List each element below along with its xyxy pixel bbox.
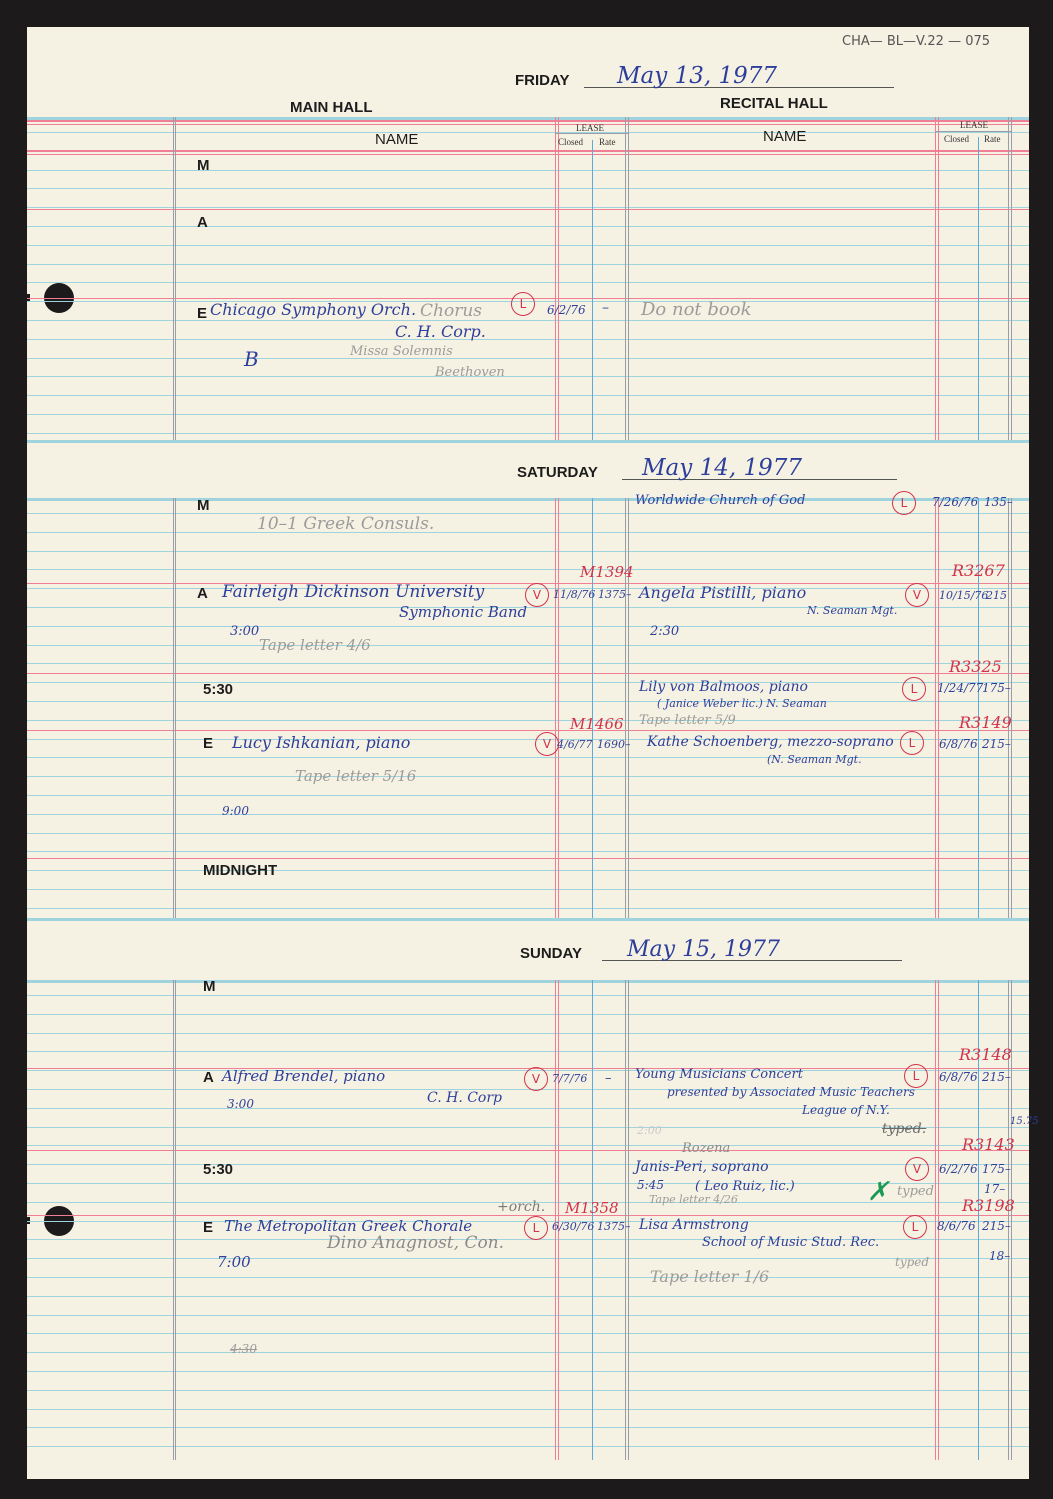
lease-closed: 1/24/77: [937, 681, 983, 695]
lease-mark: L: [902, 677, 926, 701]
rule-line: [27, 1409, 1029, 1410]
column-line: [935, 980, 936, 1460]
booking-time: 2:30: [650, 624, 679, 639]
typed-note: typed: [895, 1255, 929, 1269]
rule-line: [27, 583, 1029, 584]
booking-name: Janis-Peri, soprano: [635, 1159, 769, 1175]
contract-number: R3143: [962, 1135, 1015, 1154]
booking-name: Alfred Brendel, piano: [222, 1067, 385, 1085]
lease-rate: 215–: [982, 1070, 1011, 1084]
rule-line: [27, 1150, 1029, 1151]
rule-line: [27, 1145, 1029, 1146]
slot-label: E: [197, 305, 207, 322]
rule-line: [27, 814, 1029, 815]
booking-name: Young Musicians Concert: [635, 1067, 803, 1082]
column-line: [1011, 498, 1012, 918]
slot-label: A: [197, 214, 208, 231]
booking-time: 2:00: [637, 1124, 662, 1137]
column-line: [935, 498, 936, 918]
contract-number: R3267: [952, 561, 1005, 580]
lease-mark: V: [535, 732, 559, 756]
lease-closed: 6/8/76: [939, 737, 978, 751]
booking-time: 7:00: [217, 1253, 251, 1271]
lease-mark: L: [511, 292, 535, 316]
booking-note: Do not book: [641, 299, 751, 320]
rule-line: [27, 980, 1029, 983]
lease-rate: 1690–: [597, 738, 631, 751]
rule-line: [27, 498, 1029, 501]
rule-line: [27, 440, 1029, 443]
rule-line: [27, 851, 1029, 852]
column-line: [592, 498, 593, 918]
slot-label: MIDNIGHT: [203, 862, 277, 879]
rule-line: [27, 188, 1029, 189]
rule-line: [27, 776, 1029, 777]
booking-time: 9:00: [222, 804, 249, 818]
rule-line: [27, 1033, 1029, 1034]
rule-line: [27, 150, 1029, 152]
booking-name: Worldwide Church of God: [635, 493, 805, 508]
lease-closed: 10/15/76: [939, 589, 988, 602]
slot-label: 5:30: [203, 681, 233, 698]
booking-name: Lisa Armstrong: [639, 1217, 749, 1233]
rule-line: [27, 1427, 1029, 1428]
rule-line: [27, 1446, 1029, 1447]
slot-label: A: [203, 1069, 214, 1086]
date-saturday: May 14, 1977: [642, 455, 802, 481]
slot-label: M: [197, 157, 210, 174]
rule-line: [27, 626, 1029, 627]
recital-closed-header: Closed: [944, 134, 969, 144]
extra-fee: 18–: [989, 1249, 1010, 1263]
rule-line: [27, 1051, 1029, 1052]
rule-line: [27, 433, 1029, 434]
contract-number: R3198: [962, 1196, 1015, 1215]
booking-name: Angela Pistilli, piano: [639, 583, 806, 602]
contract-number: M1394: [580, 563, 634, 581]
booking-name: Chicago Symphony Orch.: [210, 300, 416, 319]
booking-note: C. H. Corp.: [395, 322, 486, 341]
rule-line: [27, 682, 1029, 683]
main-hall-label: MAIN HALL: [290, 99, 373, 116]
rule-line: [27, 673, 1029, 674]
lease-mark: V: [905, 583, 929, 607]
column-line: [175, 498, 176, 918]
main-rate-header: Rate: [599, 137, 616, 147]
booking-note: B: [244, 347, 259, 371]
rule-line: [27, 207, 1029, 208]
booking-note: Dino Anagnost, Con.: [327, 1233, 504, 1253]
rule-line: [27, 1352, 1029, 1353]
rule-line: [27, 264, 1029, 265]
booking-time: 3:00: [230, 624, 259, 639]
rule-line: [27, 645, 1029, 646]
rule-line: [27, 170, 1029, 171]
lease-rate: 215–: [982, 737, 1011, 751]
rule-line: [27, 1371, 1029, 1372]
booking-name: League of N.Y.: [802, 1103, 890, 1117]
rule-line: [27, 376, 1029, 377]
booking-note: C. H. Corp: [427, 1090, 502, 1106]
lease-mark: L: [900, 731, 924, 755]
recital-lease-header: LEASE: [960, 120, 988, 130]
booking-note: 10–1 Greek Consuls.: [257, 514, 434, 534]
lease-mark: L: [524, 1216, 548, 1240]
lease-mark: L: [903, 1215, 927, 1239]
rule-line: [27, 154, 1029, 155]
slot-label: M: [203, 978, 216, 995]
booking-note: 4:30: [230, 1342, 257, 1356]
booking-note: Chorus: [420, 301, 482, 321]
booking-note: ( Leo Ruiz, lic.): [695, 1179, 795, 1194]
lease-rate: 1375–: [598, 588, 632, 601]
rule-line: [27, 358, 1029, 359]
binder-slit: [0, 294, 30, 301]
column-line: [175, 980, 176, 1460]
rule-line: [27, 701, 1029, 702]
slot-label: 5:30: [203, 1161, 233, 1178]
lease-closed: 8/6/76: [937, 1219, 976, 1233]
booking-note: +orch.: [497, 1199, 545, 1215]
rule-line: [27, 532, 1029, 533]
rule-line: [27, 339, 1029, 340]
booking-name: Lily von Balmoos, piano: [639, 679, 808, 695]
booking-time: 3:00: [227, 1097, 254, 1111]
contract-number: M1466: [570, 715, 624, 733]
rule-line: [27, 918, 1029, 921]
booking-note: ( Janice Weber lic.) N. Seaman: [657, 697, 827, 710]
day-label-friday: FRIDAY: [515, 72, 569, 89]
typed-note: typed: [897, 1184, 934, 1199]
rule-line: [27, 908, 1029, 909]
booking-note: Tape letter 5/16: [295, 767, 416, 785]
main-lease-header: LEASE: [576, 123, 604, 133]
contract-number: R3149: [959, 713, 1012, 732]
rule-line: [27, 1315, 1029, 1316]
recital-name-header: NAME: [763, 128, 806, 145]
rule-line: [27, 1258, 1029, 1259]
rule-line: [27, 870, 1029, 871]
booking-name: School of Music Stud. Rec.: [702, 1235, 879, 1250]
slot-label: E: [203, 735, 213, 752]
lease-closed: 6/2/76: [939, 1162, 978, 1176]
rule-line: [27, 1296, 1029, 1297]
rule-line: [27, 730, 1029, 731]
column-line: [555, 498, 556, 918]
lease-rate: –: [605, 1071, 612, 1086]
booking-name: Symphonic Band: [399, 603, 527, 621]
rule-line: [27, 889, 1029, 890]
booking-name: Kathe Schoenberg, mezzo-soprano: [647, 734, 894, 750]
slot-label: E: [203, 1219, 213, 1236]
rule-line: [27, 395, 1029, 396]
extra-fee: 17–: [984, 1182, 1005, 1196]
column-line: [625, 117, 626, 440]
booking-note: Tape letter 4/26: [649, 1193, 738, 1206]
lease-rate: –: [602, 300, 609, 316]
booking-note: Tape letter 4/6: [259, 636, 371, 654]
column-line: [625, 498, 626, 918]
lease-rate: 1375–: [597, 1220, 631, 1233]
rule-line: [27, 995, 1029, 996]
lease-mark: L: [892, 491, 916, 515]
lease-mark: V: [905, 1157, 929, 1181]
ledger-sheet: CHA— BL—V.22 — 075 FRIDAY May 13, 1977 M…: [27, 27, 1029, 1479]
lease-mark: V: [525, 583, 549, 607]
column-line: [592, 140, 593, 440]
column-line: [628, 117, 629, 440]
lease-mark: V: [524, 1067, 548, 1091]
rule-line: [27, 320, 1029, 321]
contract-number: M1358: [565, 1199, 619, 1217]
rule-line: [27, 795, 1029, 796]
rule-line: [27, 1014, 1029, 1015]
slot-label: M: [197, 497, 210, 514]
check-mark: ✗: [867, 1177, 889, 1207]
contract-number: R3325: [949, 657, 1002, 676]
booking-time: 5:45: [637, 1178, 664, 1192]
rule-line: [935, 131, 1011, 132]
column-line: [938, 117, 939, 440]
column-line: [175, 117, 176, 440]
column-line: [628, 498, 629, 918]
column-line: [1008, 498, 1009, 918]
rule-line: [27, 1127, 1029, 1128]
booking-name: presented by Associated Music Teachers: [667, 1085, 915, 1099]
booking-note: Beethoven: [435, 365, 505, 380]
main-closed-header: Closed: [558, 137, 583, 147]
date-sunday: May 15, 1977: [627, 937, 780, 962]
booking-note: Rozena: [682, 1141, 730, 1156]
column-line: [935, 117, 936, 440]
booking-name: Lucy Ishkanian, piano: [232, 733, 410, 752]
lease-closed: 6/8/76: [939, 1070, 978, 1084]
column-line: [555, 117, 556, 440]
lease-closed: 4/6/77: [557, 738, 592, 751]
rule-line: [27, 1164, 1029, 1165]
booking-note: Tape letter 1/6: [650, 1267, 769, 1286]
column-line: [173, 980, 174, 1460]
rule-line: [27, 569, 1029, 570]
binder-slit: [0, 1217, 30, 1224]
lease-rate: 135–: [984, 495, 1013, 509]
rule-line: [27, 209, 1029, 210]
booking-note: N. Seaman Mgt.: [807, 604, 897, 617]
booking-note: (N. Seaman Mgt.: [767, 753, 862, 766]
rule-line: [27, 120, 1029, 122]
rule-line: [27, 124, 1029, 125]
rule-line: [27, 513, 1029, 514]
recital-hall-label: RECITAL HALL: [720, 95, 828, 112]
rule-line: [27, 1390, 1029, 1391]
booking-note: Tape letter 5/9: [639, 713, 736, 728]
column-line: [1008, 117, 1009, 440]
column-line: [938, 498, 939, 918]
rule-line: [27, 720, 1029, 721]
rule-line: [27, 414, 1029, 415]
archive-id: CHA— BL—V.22 — 075: [842, 34, 990, 49]
lease-closed: 6/2/76: [547, 303, 586, 317]
extra-fee: 15.75: [1010, 1116, 1039, 1127]
booking-name: Fairleigh Dickinson University: [222, 582, 484, 602]
lease-closed: 7/26/76: [932, 495, 978, 509]
rule-line: [27, 858, 1029, 859]
rule-line: [27, 663, 1029, 664]
rule-line: [27, 1333, 1029, 1334]
rule-line: [27, 245, 1029, 246]
column-line: [173, 498, 174, 918]
recital-rate-header: Rate: [984, 134, 1001, 144]
rule-line: [27, 833, 1029, 834]
slot-label: A: [197, 585, 208, 602]
rule-line: [555, 133, 628, 134]
date-friday: May 13, 1977: [617, 63, 777, 89]
column-line: [558, 117, 559, 440]
rule-line: [27, 551, 1029, 552]
lease-rate: 215–: [982, 1219, 1011, 1233]
lease-closed: 6/30/76: [552, 1220, 594, 1233]
day-label-sunday: SUNDAY: [520, 945, 582, 962]
contract-number: R3148: [959, 1045, 1012, 1064]
rule-line: [27, 132, 1029, 133]
column-line: [978, 137, 979, 440]
rule-line: [27, 1215, 1029, 1216]
column-line: [173, 117, 174, 440]
rule-line: [27, 226, 1029, 227]
typed-note: typed.: [882, 1121, 926, 1137]
main-name-header: NAME: [375, 131, 418, 148]
column-line: [558, 498, 559, 918]
day-label-saturday: SATURDAY: [517, 464, 598, 481]
booking-note: Missa Solemnis: [350, 344, 453, 359]
lease-mark: L: [904, 1064, 928, 1088]
column-line: [1011, 117, 1012, 440]
rule-line: [27, 282, 1029, 283]
lease-closed: 7/7/76: [552, 1072, 587, 1085]
lease-rate: 175–: [982, 681, 1011, 695]
lease-rate: 175–: [982, 1162, 1011, 1176]
lease-rate: 215: [986, 589, 1007, 602]
lease-closed: 11/8/76: [553, 588, 595, 601]
rule-line: [27, 757, 1029, 758]
rule-line: [27, 1277, 1029, 1278]
